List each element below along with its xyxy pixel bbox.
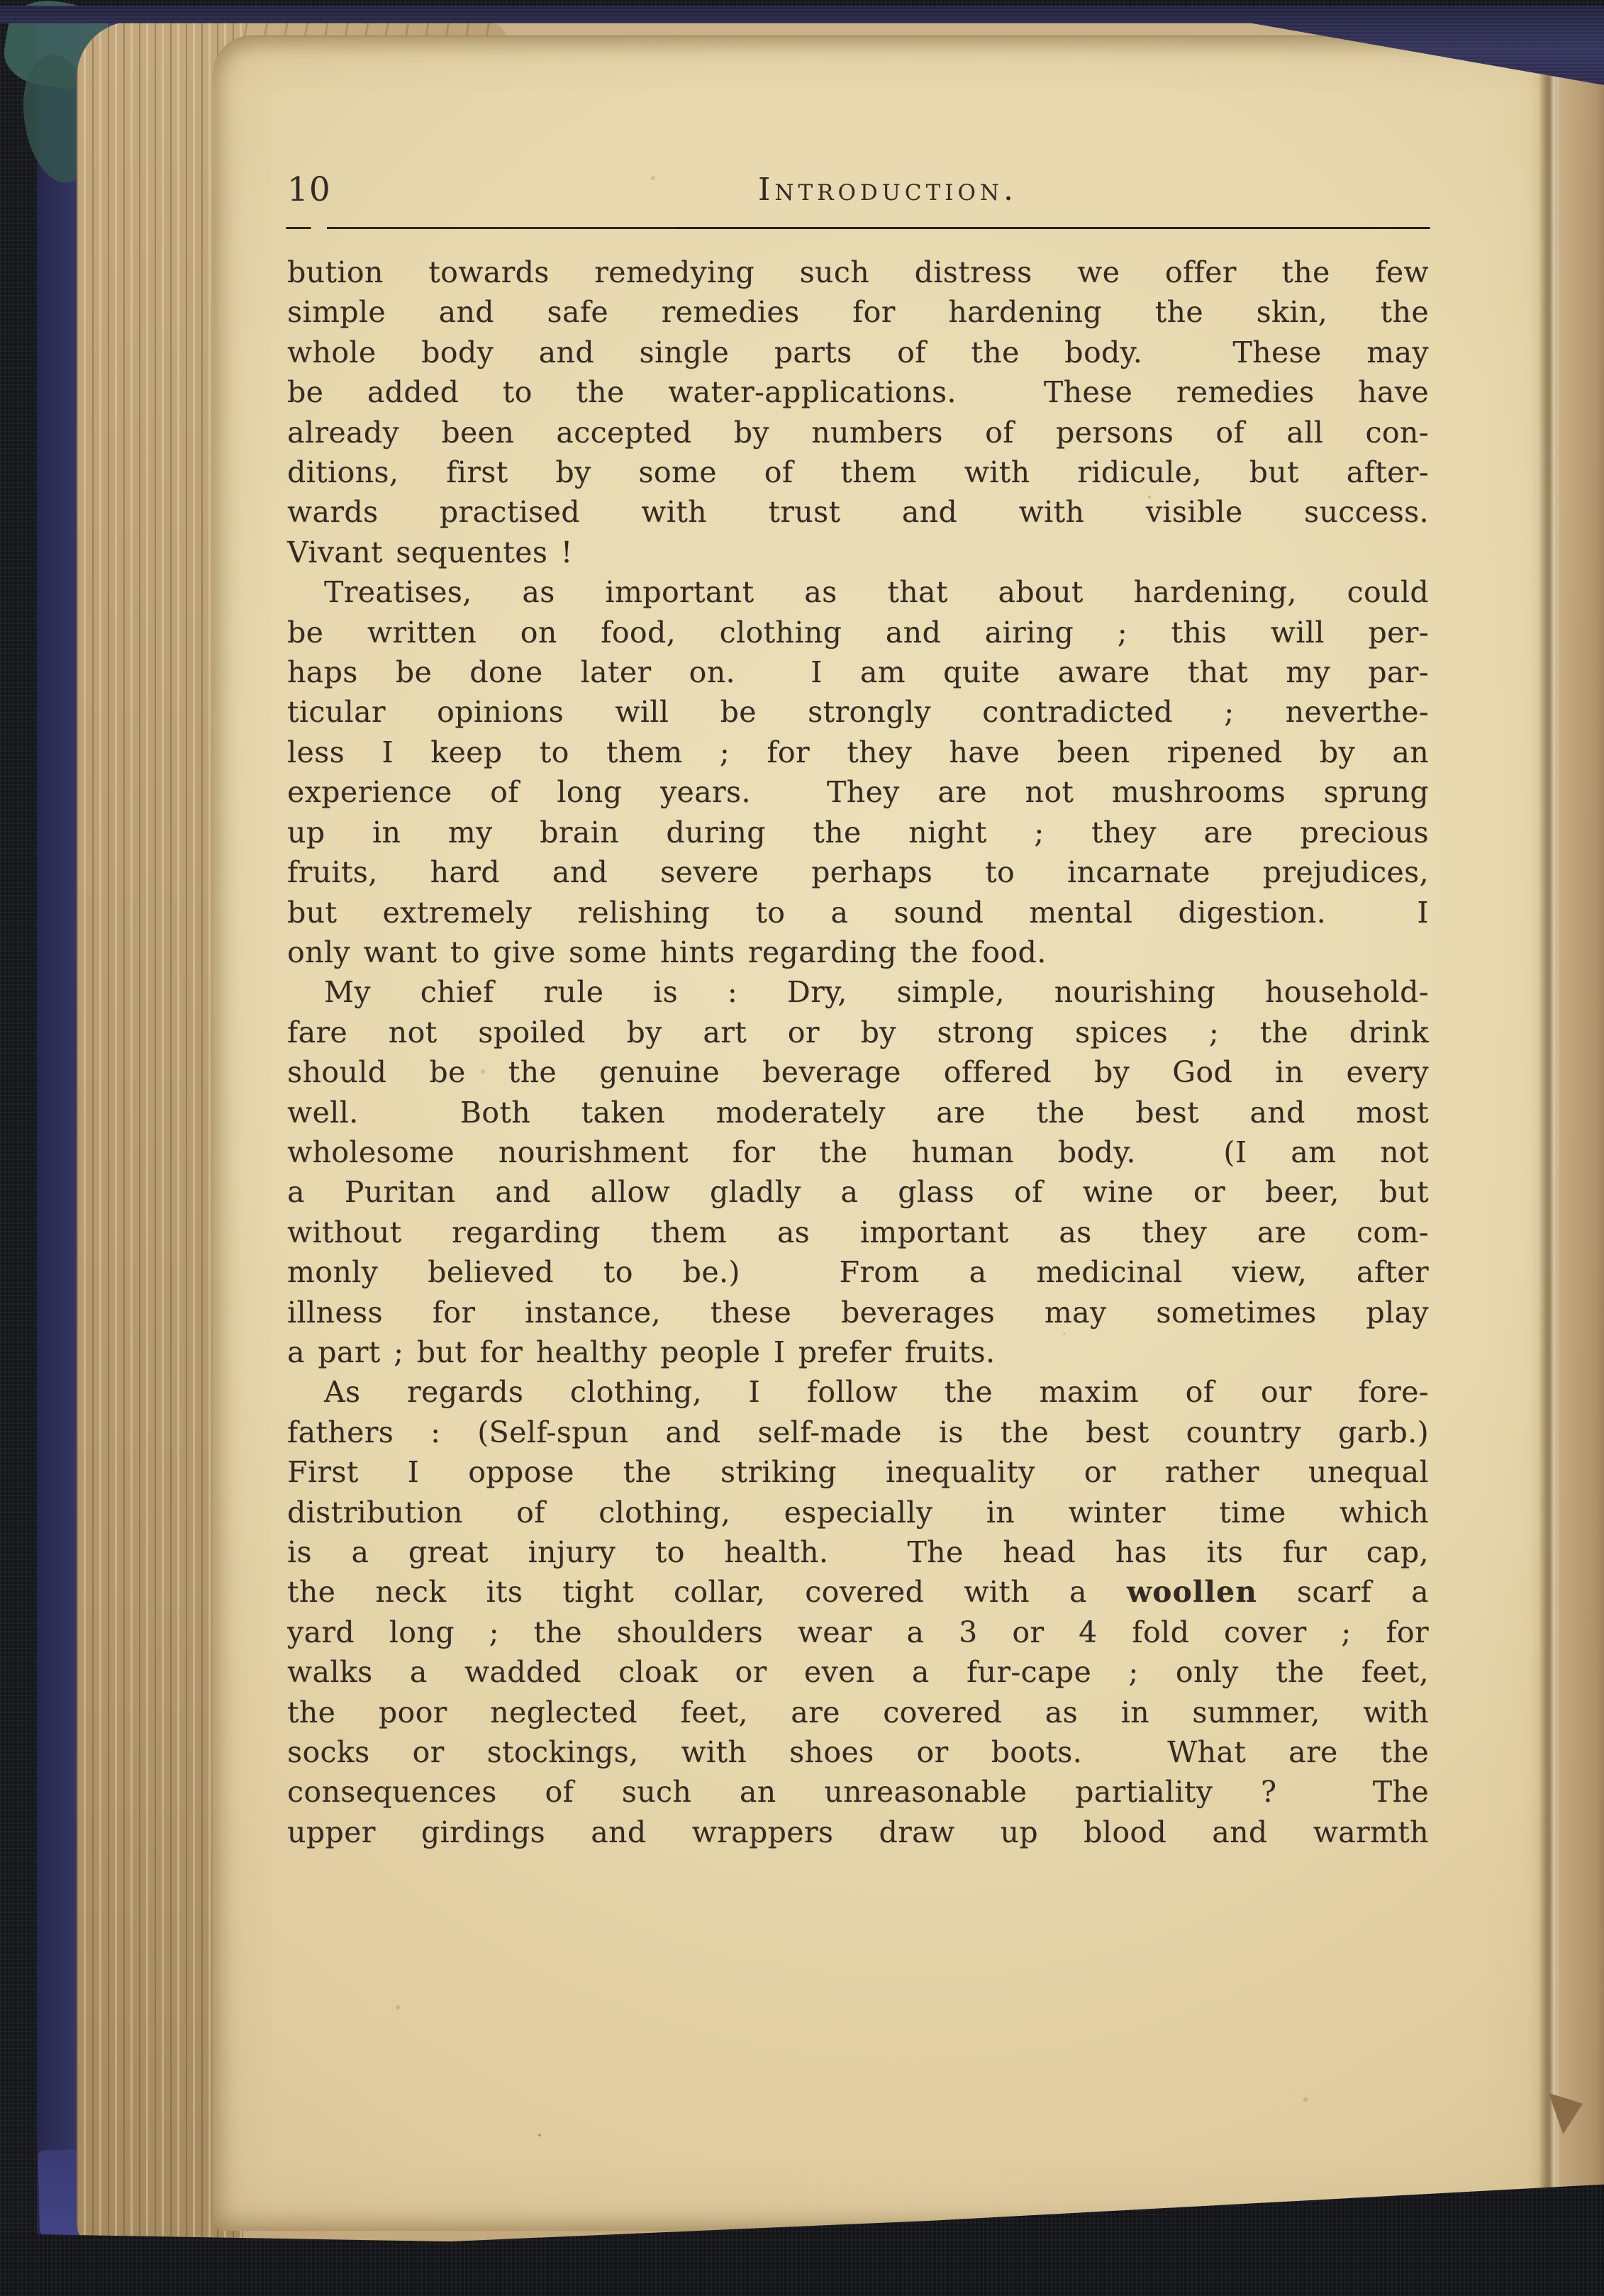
text-line: fathers : (Self-spun and self-made is th… [287, 1412, 1429, 1452]
text-line: upper girdings and wrappers draw up bloo… [287, 1812, 1429, 1852]
body-text: bution towards remedying such distress w… [287, 252, 1429, 1852]
paragraph: Treatises, as important as that about ha… [287, 572, 1429, 972]
text-line: illness for instance, these beverages ma… [287, 1293, 1429, 1332]
text-line: be written on food, clothing and airing … [287, 613, 1429, 652]
text-line: be added to the water-applications. Thes… [287, 372, 1429, 412]
text-line: less I keep to them ; for they have been… [287, 732, 1429, 772]
running-title: Introduction. [758, 167, 1018, 213]
text-line: wards practised with trust and with visi… [287, 492, 1429, 532]
text-line: ditions, first by some of them with ridi… [287, 452, 1429, 492]
text-line: My chief rule is : Dry, simple, nourishi… [287, 972, 1429, 1012]
text-line: As regards clothing, I follow the maxim … [287, 1372, 1429, 1412]
text-line: is a great injury to health. The head ha… [287, 1532, 1429, 1572]
text-line: experience of long years. They are not m… [287, 772, 1429, 812]
text-line: fruits, hard and severe perhaps to incar… [287, 852, 1429, 892]
text-line: wholesome nourishment for the human body… [287, 1132, 1429, 1172]
text-line: without regarding them as important as t… [287, 1213, 1429, 1252]
text-line: the poor neglected feet, are covered as … [287, 1693, 1429, 1732]
text-line: a Puritan and allow gladly a glass of wi… [287, 1172, 1429, 1212]
text-line: monly believed to be.) From a medicinal … [287, 1252, 1429, 1292]
paragraph: My chief rule is : Dry, simple, nourishi… [287, 972, 1429, 1372]
text-line: consequences of such an unreasonable par… [287, 1772, 1429, 1812]
text-line: should be the genuine beverage offered b… [287, 1052, 1429, 1092]
page-number: 10 [287, 167, 331, 213]
text-line: distribution of clothing, especially in … [287, 1493, 1429, 1532]
text-line: First I oppose the striking inequality o… [287, 1452, 1429, 1492]
text-line: haps be done later on. I am quite aware … [287, 652, 1429, 692]
paper-specks [0, 0, 1, 1]
text-line: the neck its tight collar, covered with … [287, 1572, 1429, 1612]
text-line: already been accepted by numbers of pers… [287, 413, 1429, 452]
text-line: socks or stockings, with shoes or boots.… [287, 1732, 1429, 1772]
text-line: yard long ; the shoulders wear a 3 or 4 … [287, 1612, 1429, 1652]
text-line: a part ; but for healthy people I prefer… [287, 1332, 1429, 1372]
page-header: 10 Introduction. [287, 167, 1429, 217]
text-line: bution towards remedying such distress w… [287, 252, 1429, 292]
text-line: up in my brain during the night ; they a… [287, 813, 1429, 852]
text-line: walks a wadded cloak or even a fur-cape … [287, 1652, 1429, 1692]
paragraph: As regards clothing, I follow the maxim … [287, 1372, 1429, 1852]
fore-edge-shading [1557, 18, 1604, 2261]
text-line: ticular opinions will be strongly contra… [287, 692, 1429, 732]
book-scan-page: 10 Introduction. bution towards remedyin… [0, 0, 1604, 2296]
paragraph: bution towards remedying such distress w… [287, 252, 1429, 572]
text-line: simple and safe remedies for hardening t… [287, 292, 1429, 332]
text-line: but extremely relishing to a sound menta… [287, 893, 1429, 932]
text-line: fare not spoiled by art or by strong spi… [287, 1013, 1429, 1052]
text-line: well. Both taken moderately are the best… [287, 1093, 1429, 1132]
text-line: Treatises, as important as that about ha… [287, 572, 1429, 612]
text-line: only want to give some hints regarding t… [287, 932, 1429, 972]
header-rule [286, 227, 1430, 229]
text-line: Vivant sequentes ! [287, 533, 1429, 572]
text-line: whole body and single parts of the body.… [287, 333, 1429, 372]
